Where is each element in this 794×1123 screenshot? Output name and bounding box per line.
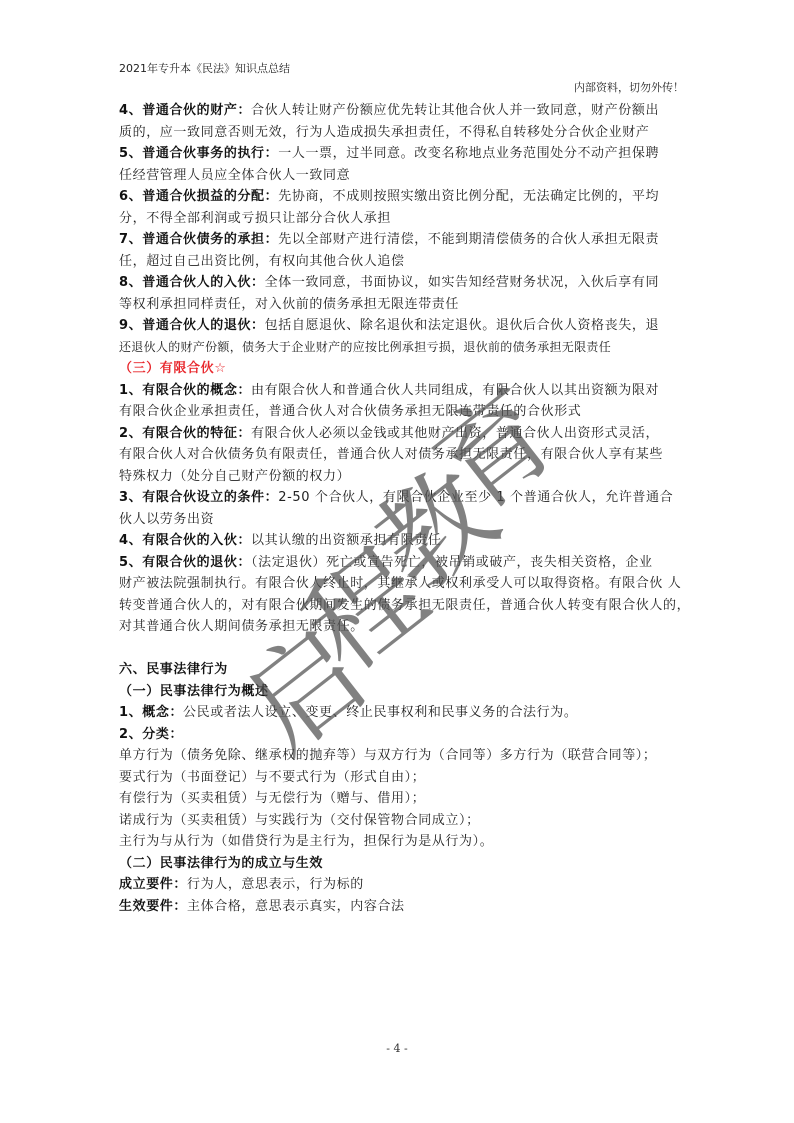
lp-item-1-line-2: 有限合伙企业承担责任，普通合伙人对合伙债务承担无限连带责任的合伙形式 [119, 401, 679, 423]
validity-label: 生效要件： [119, 899, 187, 914]
gp-item-8-line-2: 等权利承担同样责任，对入伙前的债务承担无限连带责任 [119, 294, 679, 316]
gp-item-4-line-2: 质的，应一致同意否则无效，行为人造成损失承担责任，不得私自转移处分合伙企业财产 [119, 122, 679, 144]
gp-item-6-line-1: 6、普通合伙损益的分配：先协商，不成则按照实缴出资比例分配，无法确定比例的，平均 [119, 186, 679, 208]
gp-item-5-line-1: 5、普通合伙事务的执行：一人一票，过半同意。改变名称地点业务范围处分不动产担保聘 [119, 143, 679, 165]
lp-item-3-line-1: 3、有限合伙设立的条件：2-50 个合伙人，有限合伙企业至少 1 个普通合伙人，… [119, 487, 679, 509]
subsection-2-heading: （二）民事法律行为的成立与生效 [119, 853, 679, 875]
gp-item-7-line-2: 任，超过自己出资比例，有权向其他合伙人追偿 [119, 251, 679, 273]
lp-item-2-text: 有限合伙人必须以金钱或其他财产出资，普通合伙人出资形式灵活， [251, 426, 659, 441]
lp-item-5-line-3: 转变普通合伙人的，对有限合伙期间发生的债务承担无限责任，普通合伙人转变有限合伙人… [119, 595, 679, 617]
gp-item-9-line-1: 9、普通合伙人的退伙：包括自愿退伙、除名退伙和法定退伙。退伙后合伙人资格丧失，退 [119, 315, 679, 337]
gp-item-5-line-2: 任经营管理人员应全体合伙人一致同意 [119, 165, 679, 187]
gp-item-9-text: 包括自愿退伙、除名退伙和法定退伙。退伙后合伙人资格丧失，退 [265, 318, 659, 333]
lp-item-2-line-2: 有限合伙人对合伙债务负有限责任，普通合伙人对债务承担无限责任，有限合伙人享有某些 [119, 444, 679, 466]
limited-partnership-heading: （三）有限合伙☆ [119, 358, 679, 380]
page-content: 4、普通合伙的财产：合伙人转让财产份额应优先转让其他合伙人并一致同意，财产份额出… [119, 100, 679, 917]
gp-item-8-label: 8、普通合伙人的入伙： [119, 275, 265, 290]
classification-item-1: 单方行为（债务免除、继承权的抛弃等）与双方行为（合同等）多方行为（联营合同等）； [119, 745, 679, 767]
lp-item-5-line-1: 5、有限合伙的退伙：（法定退伙）死亡或宣告死亡，被吊销或破产，丧失相关资格，企业 [119, 552, 679, 574]
gp-item-8-line-1: 8、普通合伙人的入伙：全体一致同意，书面协议，如实告知经营财务状况，入伙后享有同 [119, 272, 679, 294]
spacer [119, 638, 679, 660]
subsection-1-heading: （一）民事法律行为概述 [119, 681, 679, 703]
gp-item-7-label: 7、普通合伙债务的承担： [119, 232, 278, 247]
lp-item-5-line-2: 财产被法院强制执行。有限合伙人终止时，其继承人或权利承受人可以取得资格。有限合伙… [119, 573, 679, 595]
classification-item-5: 主行为与从行为（如借贷行为是主行为，担保行为是从行为）。 [119, 831, 679, 853]
gp-item-4-label: 4、普通合伙的财产： [119, 103, 251, 118]
lp-item-2-line-3: 特殊权力（处分自己财产份额的权力） [119, 466, 679, 488]
lp-item-4-text: 以其认缴的出资额承担有限责任 [251, 533, 441, 548]
lp-item-3-text: 2-50 个合伙人，有限合伙企业至少 1 个普通合伙人，允许普通合 [278, 490, 673, 505]
gp-item-6-text: 先协商，不成则按照实缴出资比例分配，无法确定比例的，平均 [278, 189, 659, 204]
gp-item-9-line-2: 还退伙人的财产份额，债务大于企业财产的应按比例承担亏损，退伙前的债务承担无限责任 [119, 337, 679, 359]
classification-label: 2、分类： [119, 724, 679, 746]
formation-label: 成立要件： [119, 877, 187, 892]
lp-item-3-label: 3、有限合伙设立的条件： [119, 490, 278, 505]
gp-item-7-text: 先以全部财产进行清偿，不能到期清偿债务的合伙人承担无限责 [278, 232, 659, 247]
gp-item-4-line-1: 4、普通合伙的财产：合伙人转让财产份额应优先转让其他合伙人并一致同意，财产份额出 [119, 100, 679, 122]
concept-label: 1、概念： [119, 705, 183, 720]
lp-item-5-line-4: 对其普通合伙人期间债务承担无限责任。 [119, 616, 679, 638]
gp-item-5-label: 5、普通合伙事务的执行： [119, 146, 278, 161]
lp-item-1-line-1: 1、有限合伙的概念：由有限合伙人和普通合伙人共同组成，有限合伙人以其出资额为限对 [119, 380, 679, 402]
validity-text: 主体合格，意思表示真实，内容合法 [187, 899, 405, 914]
lp-item-4-label: 4、有限合伙的入伙： [119, 533, 251, 548]
concept-text: 公民或者法人设立、变更、终止民事权利和民事义务的合法行为。 [183, 705, 577, 720]
lp-item-4-line-1: 4、有限合伙的入伙：以其认缴的出资额承担有限责任 [119, 530, 679, 552]
header-title: 2021年专升本《民法》知识点总结 [119, 60, 290, 76]
classification-item-2: 要式行为（书面登记）与不要式行为（形式自由）； [119, 767, 679, 789]
section-6-heading: 六、民事法律行为 [119, 659, 679, 681]
lp-item-5-label: 5、有限合伙的退伙： [119, 555, 251, 570]
formation-text: 行为人，意思表示，行为标的 [187, 877, 364, 892]
document-page: 2021年专升本《民法》知识点总结 内部资料，切勿外传！ 4、普通合伙的财产：合… [0, 0, 794, 1123]
lp-item-2-line-1: 2、有限合伙的特征：有限合伙人必须以金钱或其他财产出资，普通合伙人出资形式灵活， [119, 423, 679, 445]
validity-line: 生效要件：主体合格，意思表示真实，内容合法 [119, 896, 679, 918]
gp-item-4-text: 合伙人转让财产份额应优先转让其他合伙人并一致同意，财产份额出 [251, 103, 659, 118]
page-number: - 4 - [0, 1042, 794, 1055]
lp-item-3-line-2: 伙人以劳务出资 [119, 509, 679, 531]
gp-item-6-label: 6、普通合伙损益的分配： [119, 189, 278, 204]
formation-line: 成立要件：行为人，意思表示，行为标的 [119, 874, 679, 896]
lp-item-5-text: （法定退伙）死亡或宣告死亡，被吊销或破产，丧失相关资格，企业 [251, 555, 653, 570]
concept-line: 1、概念：公民或者法人设立、变更、终止民事权利和民事义务的合法行为。 [119, 702, 679, 724]
gp-item-5-text: 一人一票，过半同意。改变名称地点业务范围处分不动产担保聘 [278, 146, 659, 161]
header-notice: 内部资料，切勿外传！ [574, 79, 684, 95]
gp-item-7-line-1: 7、普通合伙债务的承担：先以全部财产进行清偿，不能到期清偿债务的合伙人承担无限责 [119, 229, 679, 251]
lp-item-1-label: 1、有限合伙的概念： [119, 383, 251, 398]
gp-item-9-label: 9、普通合伙人的退伙： [119, 318, 265, 333]
lp-item-1-text: 由有限合伙人和普通合伙人共同组成，有限合伙人以其出资额为限对 [251, 383, 659, 398]
classification-item-3: 有偿行为（买卖租赁）与无偿行为（赠与、借用）； [119, 788, 679, 810]
lp-item-2-label: 2、有限合伙的特征： [119, 426, 251, 441]
gp-item-8-text: 全体一致同意，书面协议，如实告知经营财务状况，入伙后享有同 [265, 275, 659, 290]
classification-item-4: 诺成行为（买卖租赁）与实践行为（交付保管物合同成立）； [119, 810, 679, 832]
gp-item-6-line-2: 分，不得全部利润或亏损只让部分合伙人承担 [119, 208, 679, 230]
